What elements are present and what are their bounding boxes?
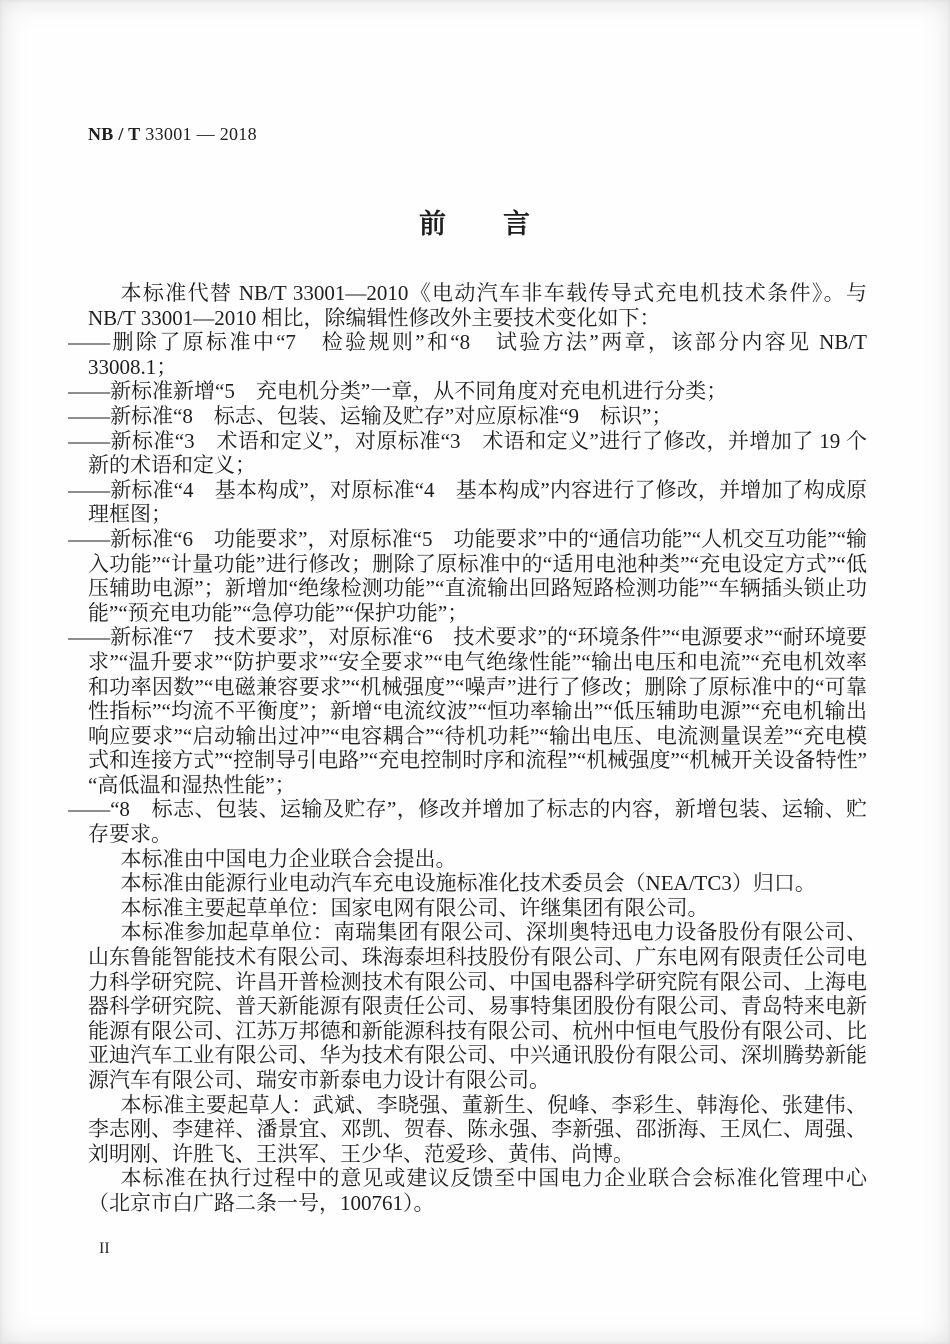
standard-code-header: NB / T 33001 — 2018 bbox=[88, 124, 257, 145]
change-item: ——新标准新增“5 充电机分类”一章，从不同角度对充电机进行分类； bbox=[88, 379, 867, 404]
change-item: ——“8 标志、包装、运输及贮存”，修改并增加了标志的内容，新增包装、运输、贮存… bbox=[88, 797, 867, 846]
page-title: 前 言 bbox=[0, 202, 950, 241]
standard-code-number: 33001 — 2018 bbox=[141, 124, 257, 144]
change-item: ——新标准“8 标志、包装、运输及贮存”对应原标准“9 标识”； bbox=[88, 404, 867, 429]
paragraph-intro: 本标准代替 NB/T 33001—2010《电动汽车非车载传导式充电机技术条件》… bbox=[88, 281, 867, 330]
change-item: ——新标准“4 基本构成”，对原标准“4 基本构成”内容进行了修改，并增加了构成… bbox=[88, 478, 867, 527]
paragraph-feedback: 本标准在执行过程中的意见或建议反馈至中国电力企业联合会标准化管理中心（北京市白广… bbox=[88, 1166, 867, 1215]
document-page: NB / T 33001 — 2018 前 言 本标准代替 NB/T 33001… bbox=[0, 0, 950, 1344]
change-item: ——新标准“3 术语和定义”，对原标准“3 术语和定义”进行了修改，并增加了 1… bbox=[88, 429, 867, 478]
change-item: ——新标准“6 功能要求”，对原标准“5 功能要求”中的“通信功能”“人机交互功… bbox=[88, 527, 867, 625]
document-body: 本标准代替 NB/T 33001—2010《电动汽车非车载传导式充电机技术条件》… bbox=[88, 281, 867, 1216]
paragraph-participating-units: 本标准参加起草单位：南瑞集团有限公司、深圳奥特迅电力设备股份有限公司、山东鲁能智… bbox=[88, 920, 867, 1092]
paragraph-committee: 本标准由能源行业电动汽车充电设施标准化技术委员会（NEA/TC3）归口。 bbox=[88, 871, 867, 896]
page-number: II bbox=[99, 1240, 110, 1258]
paragraph-proposer: 本标准由中国电力企业联合会提出。 bbox=[88, 847, 867, 872]
change-item: ——删除了原标准中“7 检验规则”和“8 试验方法”两章，该部分内容见 NB/T… bbox=[88, 330, 867, 379]
paragraph-main-drafting-units: 本标准主要起草单位：国家电网有限公司、许继集团有限公司。 bbox=[88, 896, 867, 921]
standard-code-prefix: NB / T bbox=[88, 124, 141, 144]
paragraph-drafters: 本标准主要起草人：武斌、李晓强、董新生、倪峰、李彩生、韩海伦、张建伟、李志刚、李… bbox=[88, 1093, 867, 1167]
change-item: ——新标准“7 技术要求”，对原标准“6 技术要求”的“环境条件”“电源要求”“… bbox=[88, 625, 867, 797]
